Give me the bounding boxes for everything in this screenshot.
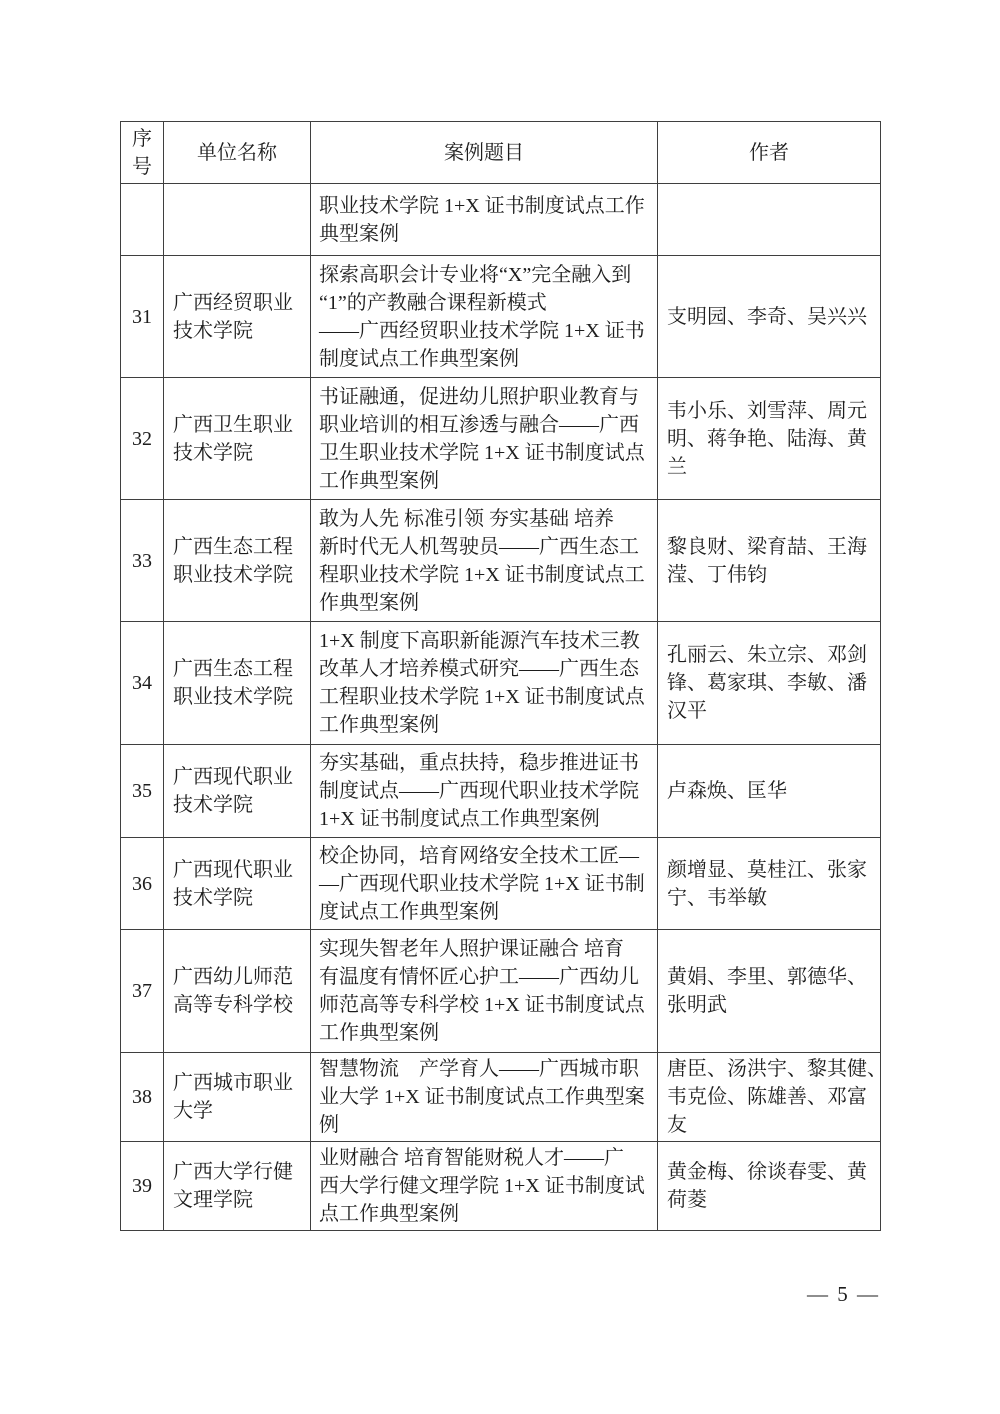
title-cell: 探索高职会计专业将“X”完全融入到 “1”的产教融合课程新模式 ——广西经贸职业…: [311, 256, 658, 378]
seq-cell: 37: [121, 930, 164, 1053]
header-unit: 单位名称: [164, 122, 311, 184]
authors-cell: [658, 184, 881, 256]
authors-cell: 孔丽云、朱立宗、邓剑 锋、葛家琪、李敏、潘 汉平: [658, 622, 881, 745]
title-cell: 夯实基础，重点扶持，稳步推进证书 制度试点——广西现代职业技术学院 1+X 证书…: [311, 745, 658, 838]
authors-cell: 韦小乐、刘雪萍、周元 明、蒋争艳、陆海、黄 兰: [658, 378, 881, 500]
authors-cell: 颜增显、莫桂江、张家 宁、韦举敏: [658, 838, 881, 930]
authors-cell: 黄娟、李里、郭德华、 张明武: [658, 930, 881, 1053]
seq-cell: 31: [121, 256, 164, 378]
table-row: 31 广西经贸职业 技术学院 探索高职会计专业将“X”完全融入到 “1”的产教融…: [121, 256, 881, 378]
table-row: 39 广西大学行健 文理学院 业财融合 培育智能财税人才——广 西大学行健文理学…: [121, 1142, 881, 1231]
table-row: 38 广西城市职业 大学 智慧物流 产学育人——广西城市职 业大学 1+X 证书…: [121, 1053, 881, 1142]
unit-cell: 广西生态工程 职业技术学院: [164, 500, 311, 622]
seq-cell: 32: [121, 378, 164, 500]
unit-cell: 广西卫生职业 技术学院: [164, 378, 311, 500]
unit-cell: 广西现代职业 技术学院: [164, 745, 311, 838]
table-header-row: 序号 单位名称 案例题目 作者: [121, 122, 881, 184]
table-row: 32 广西卫生职业 技术学院 书证融通，促进幼儿照护职业教育与 职业培训的相互渗…: [121, 378, 881, 500]
unit-cell: 广西城市职业 大学: [164, 1053, 311, 1142]
table-row: 34 广西生态工程 职业技术学院 1+X 制度下高职新能源汽车技术三教 改革人才…: [121, 622, 881, 745]
seq-cell: 39: [121, 1142, 164, 1231]
title-cell: 业财融合 培育智能财税人才——广 西大学行健文理学院 1+X 证书制度试 点工作…: [311, 1142, 658, 1231]
table-row: 33 广西生态工程 职业技术学院 敢为人先 标准引领 夯实基础 培养 新时代无人…: [121, 500, 881, 622]
authors-cell: 支明园、李奇、吴兴兴: [658, 256, 881, 378]
unit-cell: 广西大学行健 文理学院: [164, 1142, 311, 1231]
authors-cell: 卢森焕、匡华: [658, 745, 881, 838]
header-title: 案例题目: [311, 122, 658, 184]
table-row: 37 广西幼儿师范 高等专科学校 实现失智老年人照护课证融合 培育 有温度有情怀…: [121, 930, 881, 1053]
authors-cell: 唐臣、汤洪宇、黎其健、 韦克俭、陈雄善、邓富 友: [658, 1053, 881, 1142]
page-number: — 5 —: [680, 1280, 880, 1308]
seq-cell: 38: [121, 1053, 164, 1142]
seq-cell: 33: [121, 500, 164, 622]
unit-cell: 广西幼儿师范 高等专科学校: [164, 930, 311, 1053]
header-seq: 序号: [121, 122, 164, 184]
title-cell: 职业技术学院 1+X 证书制度试点工作 典型案例: [311, 184, 658, 256]
title-cell: 1+X 制度下高职新能源汽车技术三教 改革人才培养模式研究——广西生态 工程职业…: [311, 622, 658, 745]
authors-cell: 黎良财、梁育喆、王海 滢、丁伟钧: [658, 500, 881, 622]
title-cell: 实现失智老年人照护课证融合 培育 有温度有情怀匠心护工——广西幼儿 师范高等专科…: [311, 930, 658, 1053]
case-list-table: 序号 单位名称 案例题目 作者 职业技术学院 1+X 证书制度试点工作 典型案例…: [120, 121, 881, 1231]
title-cell: 校企协同，培育网络安全技术工匠— —广西现代职业技术学院 1+X 证书制 度试点…: [311, 838, 658, 930]
document-page: 序号 单位名称 案例题目 作者 职业技术学院 1+X 证书制度试点工作 典型案例…: [0, 0, 1000, 1414]
seq-cell: 34: [121, 622, 164, 745]
seq-cell: [121, 184, 164, 256]
table-row: 36 广西现代职业 技术学院 校企协同，培育网络安全技术工匠— —广西现代职业技…: [121, 838, 881, 930]
title-cell: 书证融通，促进幼儿照护职业教育与 职业培训的相互渗透与融合——广西 卫生职业技术…: [311, 378, 658, 500]
unit-cell: 广西经贸职业 技术学院: [164, 256, 311, 378]
unit-cell: 广西生态工程 职业技术学院: [164, 622, 311, 745]
unit-cell: [164, 184, 311, 256]
table-row: 职业技术学院 1+X 证书制度试点工作 典型案例: [121, 184, 881, 256]
seq-cell: 35: [121, 745, 164, 838]
seq-cell: 36: [121, 838, 164, 930]
table-row: 35 广西现代职业 技术学院 夯实基础，重点扶持，稳步推进证书 制度试点——广西…: [121, 745, 881, 838]
title-cell: 敢为人先 标准引领 夯实基础 培养 新时代无人机驾驶员——广西生态工 程职业技术…: [311, 500, 658, 622]
title-cell: 智慧物流 产学育人——广西城市职 业大学 1+X 证书制度试点工作典型案 例: [311, 1053, 658, 1142]
unit-cell: 广西现代职业 技术学院: [164, 838, 311, 930]
header-authors: 作者: [658, 122, 881, 184]
authors-cell: 黄金梅、徐谈春雯、黄 荷菱: [658, 1142, 881, 1231]
